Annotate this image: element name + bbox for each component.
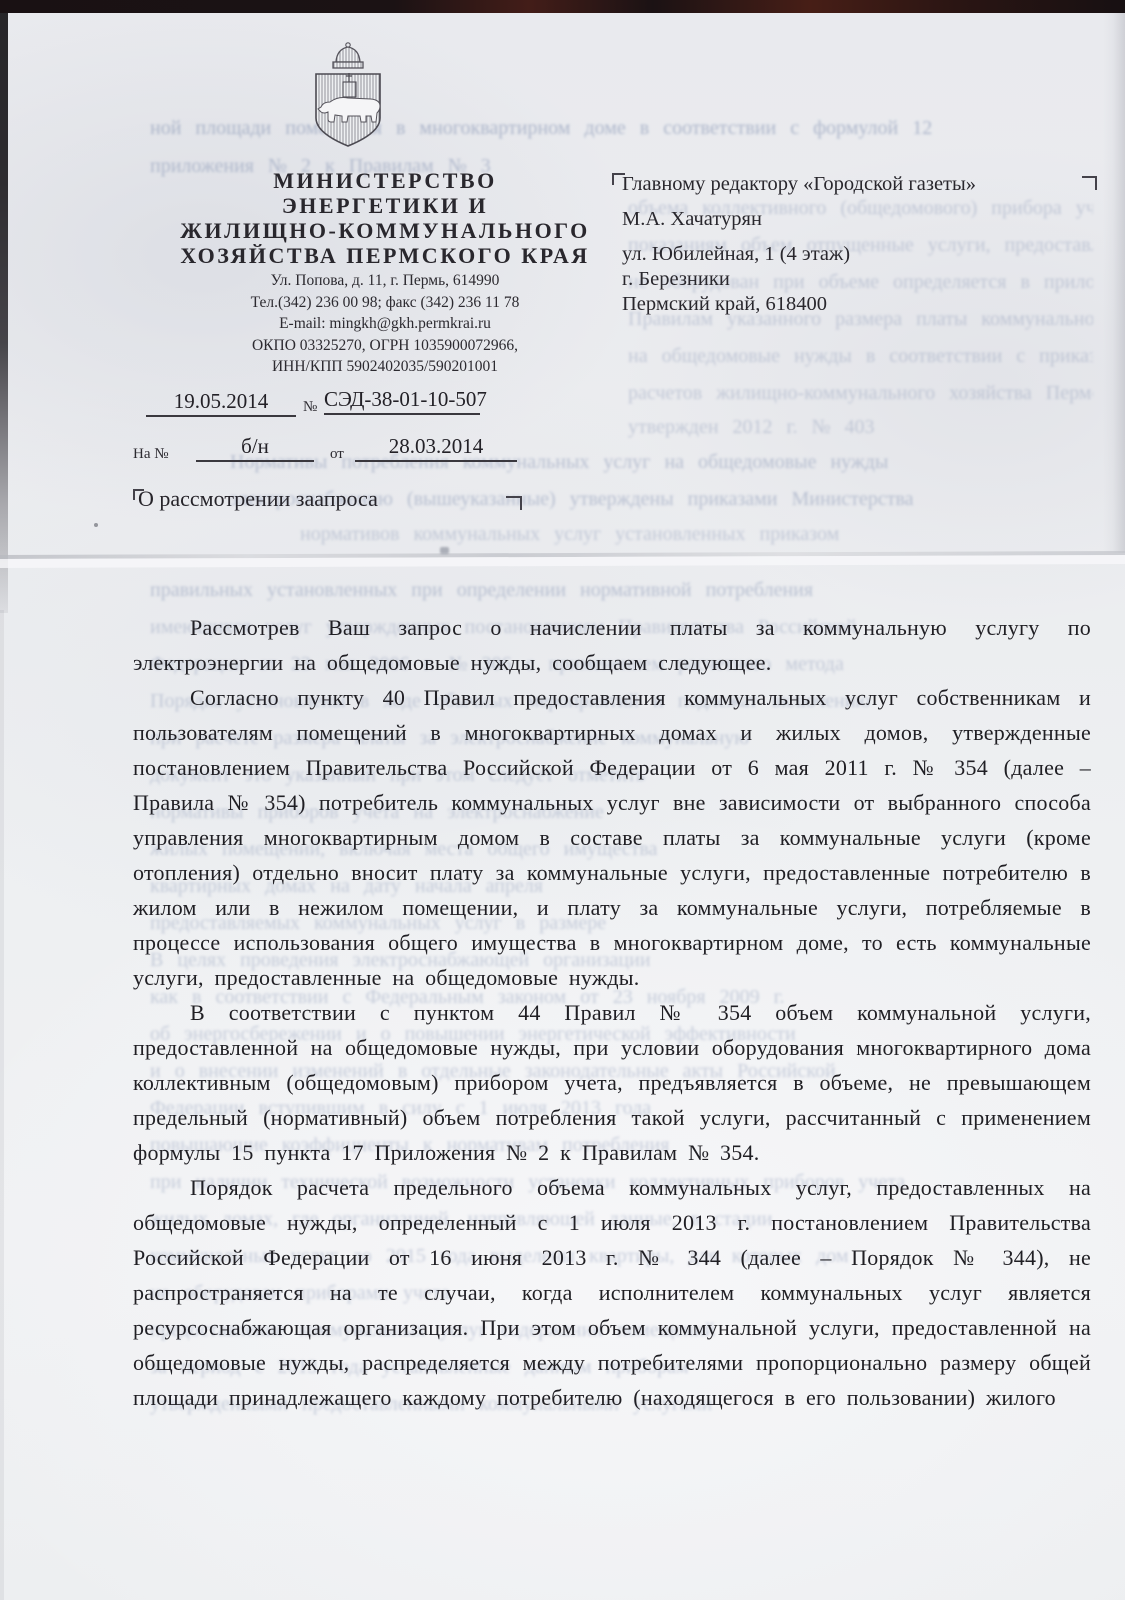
ministry-contact-block: Ул. Попова, д. 11, г. Пермь, 614990 Тел.… <box>140 270 630 378</box>
letter-body: Рассмотрев Ваш запрос о начислении платы… <box>133 610 1091 1415</box>
ministry-name-block: МИНИСТЕРСТВО ЭНЕРГЕТИКИ И ЖИЛИЩНО-КОММУН… <box>148 168 622 268</box>
recipient-title: Главному редактору «Городской газеты» <box>622 172 1006 197</box>
reply-to-number-label: На № <box>133 446 169 463</box>
subject-corner-mark-close <box>506 496 522 510</box>
number-label: № <box>303 399 317 416</box>
recipient-block: Главному редактору «Городской газеты» М.… <box>622 172 1006 317</box>
letter-date-field: 19.05.2014 <box>146 391 296 417</box>
front-layer: МИНИСТЕРСТВО ЭНЕРГЕТИКИ И ЖИЛИЩНО-КОММУН… <box>0 0 1125 1600</box>
recipient-city: г. Березники <box>622 267 1006 292</box>
ministry-line: ХОЗЯЙСТВА ПЕРМСКОГО КРАЯ <box>148 243 622 268</box>
contact-address: Ул. Попова, д. 11, г. Пермь, 614990 <box>140 270 630 292</box>
contact-okpo-ogrn: ОКПО 03325270, ОГРН 1035900072966, <box>140 335 630 357</box>
body-paragraph: В соответствии с пунктом 44 Правил № 354… <box>133 995 1091 1170</box>
recipient-street: ул. Юбилейная, 1 (4 этаж) <box>622 242 1006 267</box>
reply-number-field: б/н <box>196 436 314 462</box>
body-paragraph: Согласно пункту 40 Правил предоставления… <box>133 680 1091 995</box>
scanned-letter-page: ной площади помещения в многоквартирном … <box>0 0 1125 1600</box>
contact-inn-kpp: ИНН/КПП 5902402035/590201001 <box>140 356 630 378</box>
body-paragraph: Рассмотрев Ваш запрос о начислении платы… <box>133 610 1091 680</box>
recipient-name: М.А. Хачатурян <box>622 207 1006 232</box>
letter-number-field: СЭД-38-01-10-507 <box>324 389 480 415</box>
subject-line: О рассмотрении заапроса <box>138 486 378 512</box>
contact-email: E-mail: mingkh@gkh.permkrai.ru <box>140 313 630 335</box>
from-date-label: от <box>330 446 344 463</box>
subject-corner-mark-open <box>133 489 144 500</box>
ministry-line: МИНИСТЕРСТВО <box>148 168 622 193</box>
ministry-line: ЭНЕРГЕТИКИ И <box>148 193 622 218</box>
body-paragraph: Порядок расчета предельного объема комму… <box>133 1170 1091 1415</box>
contact-phone: Тел.(342) 236 00 98; факс (342) 236 11 7… <box>140 292 630 314</box>
perm-krai-coat-of-arms-icon <box>306 40 390 152</box>
reply-date-field: 28.03.2014 <box>355 436 517 462</box>
address-corner-mark-close <box>1082 176 1097 190</box>
ministry-line: ЖИЛИЩНО-КОММУНАЛЬНОГО <box>148 218 622 243</box>
address-corner-mark-open <box>612 173 625 185</box>
recipient-region-zip: Пермский край, 618400 <box>622 292 1006 317</box>
